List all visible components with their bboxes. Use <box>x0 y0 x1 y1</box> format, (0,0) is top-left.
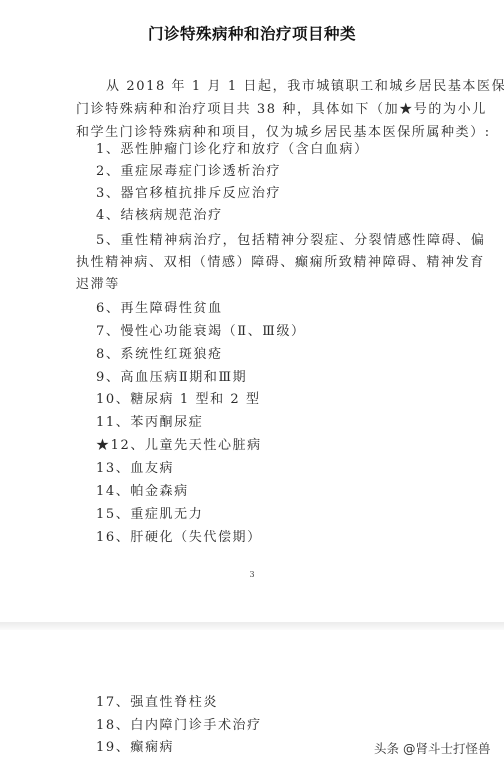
list-item: 17、强直性脊柱炎 <box>96 694 218 712</box>
list-item: 9、高血压病Ⅱ期和Ⅲ期 <box>96 369 247 387</box>
list-item: 13、血友病 <box>96 460 174 478</box>
document-page-1: 门诊特殊病种和治疗项目种类 从 2018 年 1 月 1 日起，我市城镇职工和城… <box>0 0 504 622</box>
list-item: 1、恶性肿瘤门诊化疗和放疗（含白血病） <box>96 141 369 159</box>
intro-line: 和学生门诊特殊病种和项目，仅为城乡居民基本医保所属种类）: <box>76 124 491 142</box>
list-item: 18、白内障门诊手术治疗 <box>96 717 262 735</box>
list-item: 6、再生障碍性贫血 <box>96 300 223 318</box>
intro-line: 门诊特殊病种和治疗项目共 38 种，具体如下（加★号的为小儿 <box>76 101 487 119</box>
list-item: 10、糖尿病 1 型和 2 型 <box>96 391 261 409</box>
list-item: 15、重症肌无力 <box>96 506 203 524</box>
list-item-continuation: 迟滞等 <box>76 276 120 294</box>
list-item: 2、重症尿毒症门诊透析治疗 <box>96 163 281 181</box>
page-separator <box>0 622 504 630</box>
document-title: 门诊特殊病种和治疗项目种类 <box>0 22 504 44</box>
list-item: 4、结核病规范治疗 <box>96 207 223 225</box>
page-number: 3 <box>0 570 504 579</box>
list-item: 8、系统性红斑狼疮 <box>96 346 223 364</box>
list-item: 7、慢性心功能衰竭（Ⅱ、Ⅲ级） <box>96 323 306 341</box>
list-item-starred: ★12、儿童先天性心脏病 <box>96 437 262 455</box>
list-item: 11、苯丙酮尿症 <box>96 414 203 432</box>
list-item: 19、癫痫病 <box>96 739 174 757</box>
watermark: 头条 @肾斗士打怪兽 <box>374 739 490 757</box>
list-item: 14、帕金森病 <box>96 483 189 501</box>
intro-line: 从 2018 年 1 月 1 日起，我市城镇职工和城乡居民基本医保 <box>106 78 504 96</box>
list-item: 16、肝硬化（失代偿期） <box>96 529 262 547</box>
list-item: 5、重性精神病治疗，包括精神分裂症、分裂情感性障碍、偏 <box>96 232 485 250</box>
list-item: 3、器官移植抗排斥反应治疗 <box>96 185 281 203</box>
list-item-continuation: 执性精神病、双相（情感）障碍、癫痫所致精神障碍、精神发育 <box>76 254 485 272</box>
